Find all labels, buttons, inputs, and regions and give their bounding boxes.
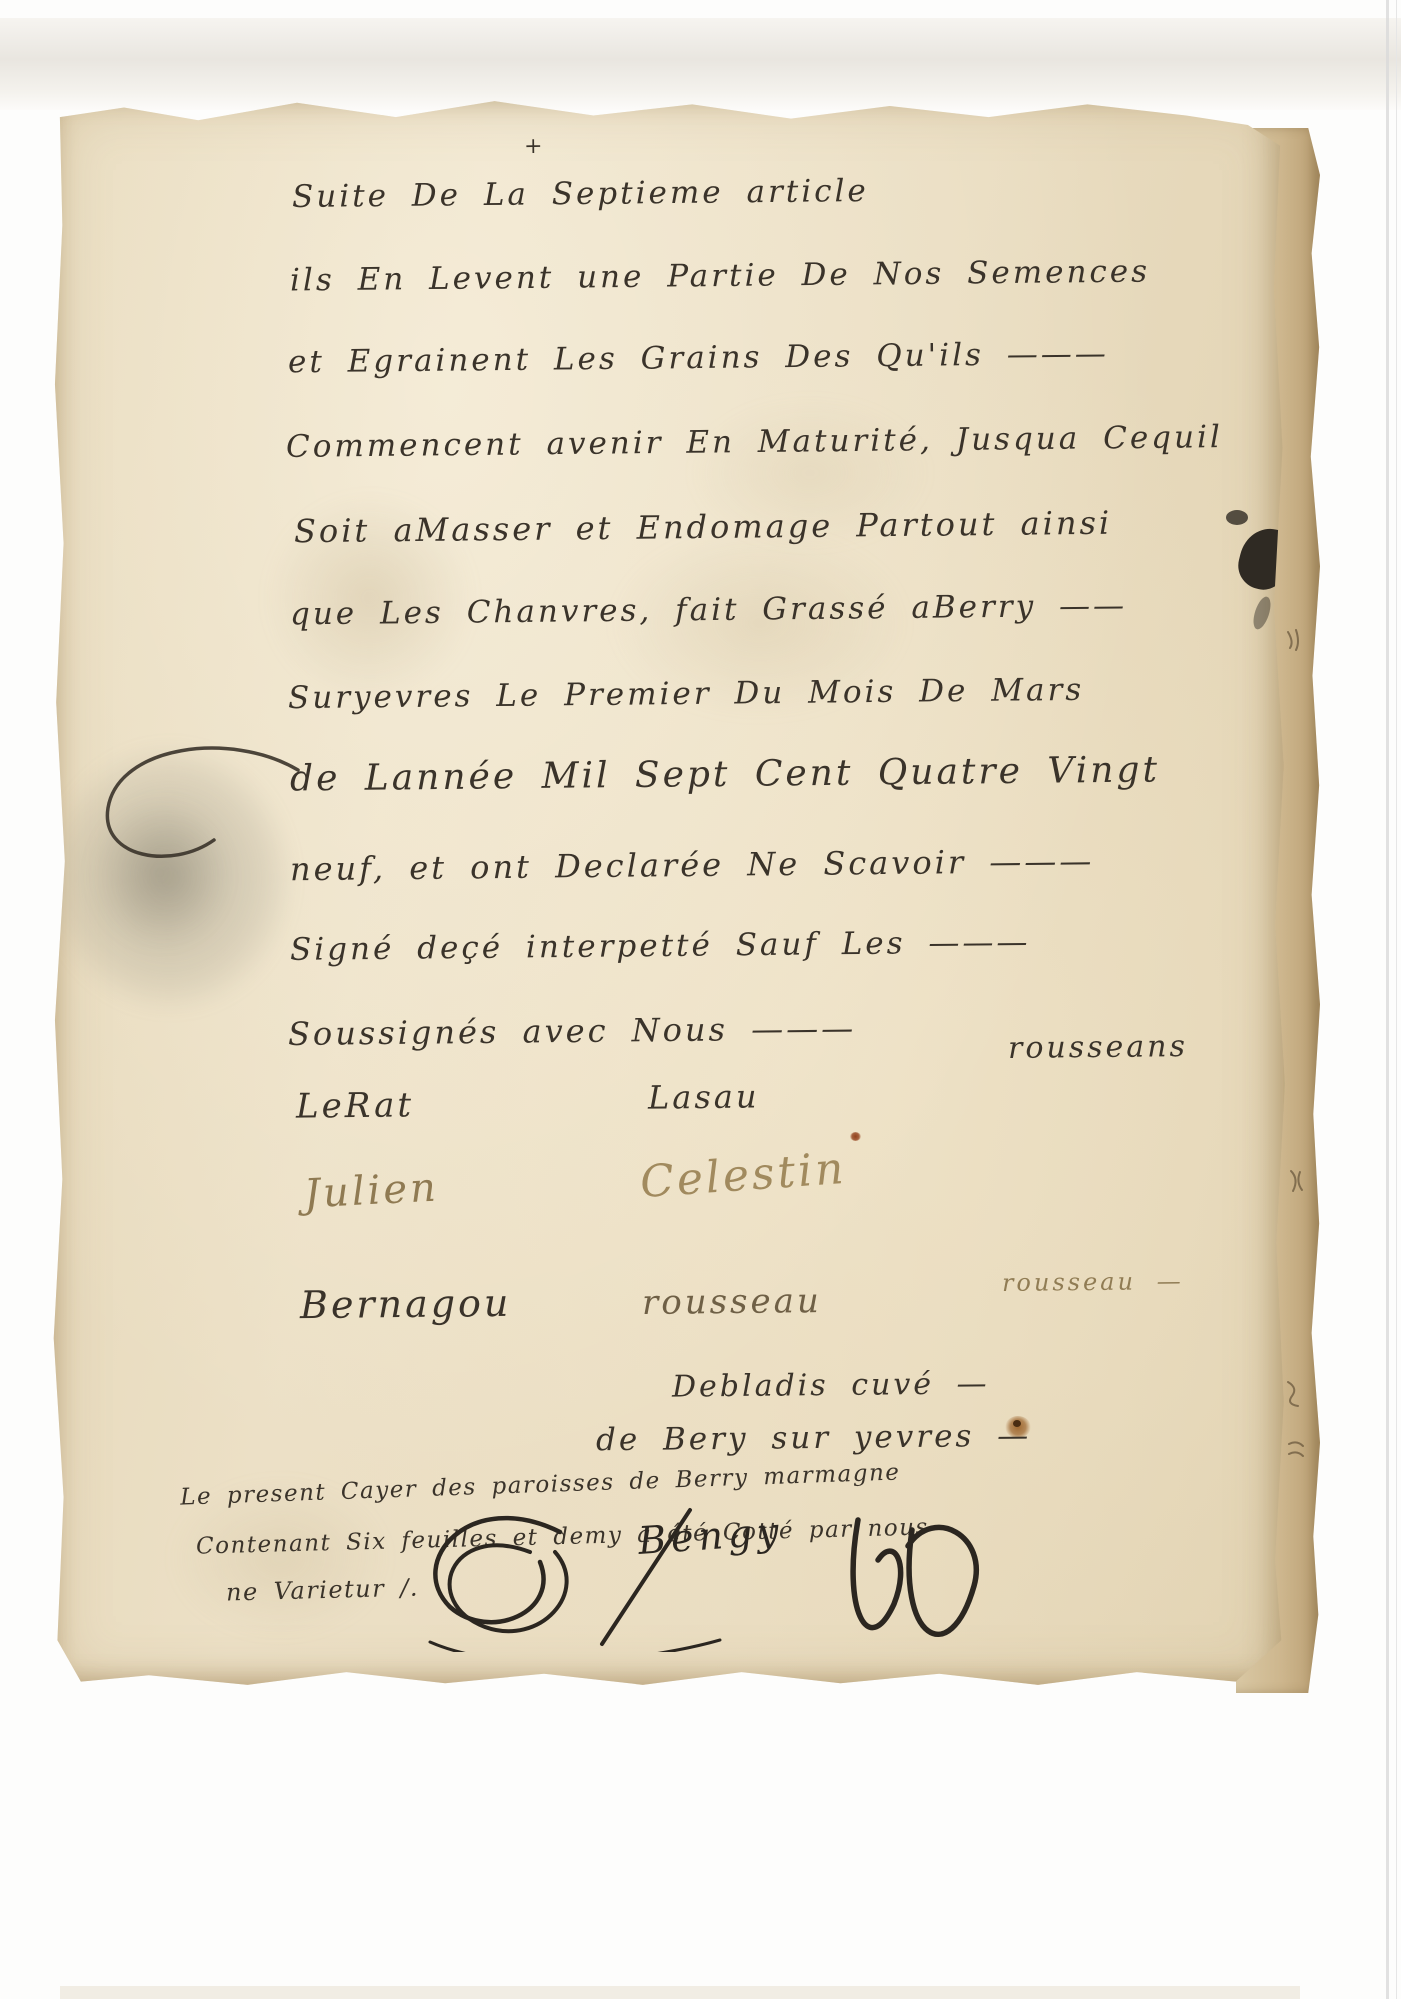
under-page-writing-mark: [1285, 1438, 1307, 1462]
ink-blot: [1226, 510, 1248, 525]
cure-line-2: de Bery sur yevres —: [596, 1418, 1032, 1459]
cure-line-1: Debladis cuvé —: [672, 1366, 990, 1404]
scanner-edge-line: [1396, 0, 1397, 1999]
signature-rousseans: rousseans: [1008, 1029, 1188, 1066]
scanner-edge-line: [1386, 0, 1389, 1999]
signature-lerat: LeRat: [296, 1085, 414, 1126]
initial-flourish: [80, 742, 310, 872]
signature-rousseau-light: rousseau —: [1002, 1267, 1184, 1297]
manuscript-line-1: Suite De La Septieme article: [292, 173, 869, 215]
signature-julien-faded: Julien: [303, 1165, 440, 1218]
ink-blot: [1250, 595, 1274, 632]
under-page-writing-mark: [1282, 1378, 1306, 1408]
red-fleck: [850, 1132, 861, 1141]
signature-rousseau: rousseau: [642, 1281, 822, 1323]
manuscript-line-11: Soussignés avec Nous ———: [288, 1009, 857, 1053]
bengy-signature-flourish: Bengy: [390, 1492, 980, 1652]
scanner-shadow-band: [0, 18, 1401, 110]
under-page-writing-mark: [1286, 1168, 1308, 1194]
signature-bernagou: Bernagou: [300, 1281, 512, 1327]
under-page-writing-mark: [1284, 628, 1306, 652]
page-top-cross-mark: +: [524, 134, 546, 159]
next-page-edge-hint: [60, 1986, 1300, 1999]
signature-lasau: Lasau: [648, 1077, 760, 1116]
